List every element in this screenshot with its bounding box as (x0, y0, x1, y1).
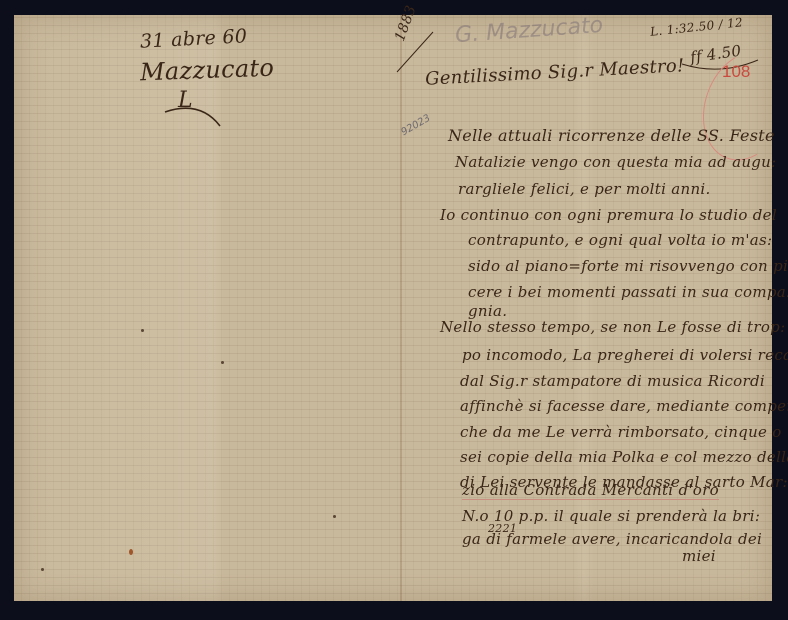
body-line: miei (682, 547, 716, 565)
left-signature: Mazzucato (140, 54, 275, 87)
body-line: che da me Le verrà rimborsato, cinque o (460, 423, 782, 441)
paper-speck (333, 515, 336, 518)
body-line: sei copie della mia Polka e col mezzo de… (460, 448, 788, 466)
body-line: cere i bei momenti passati in sua compa: (468, 283, 788, 301)
body-line: affinchè si facesse dare, mediante compe… (460, 397, 788, 415)
body-line: contrapunto, e ogni qual volta io m'as: (468, 231, 772, 249)
paper-speck (41, 568, 44, 571)
body-line: rargliele felici, e per molti anni. (458, 180, 711, 198)
body-line: sido al piano=forte mi risovvengo con pi… (468, 257, 788, 275)
red-catalog-number: 108 (722, 62, 750, 82)
paper-speck (141, 329, 144, 332)
body-line: Natalizie vengo con questa mia ad augu: (455, 153, 777, 171)
body-line: Nelle attuali ricorrenze delle SS. Feste (448, 126, 775, 145)
body-line: Nello stesso tempo, se non Le fosse di t… (440, 318, 785, 336)
body-line: zio alla Contrada Mercanti d'oro (462, 481, 719, 500)
paper-speck (221, 361, 224, 364)
body-line: po incomodo, La pregherei di volersi rec… (462, 346, 788, 364)
body-line: Io continuo con ogni premura lo studio d… (440, 206, 777, 224)
body-line: dal Sig.r stampatore di musica Ricordi (460, 372, 765, 390)
body-line: ga di farmele avere, incaricandola dei (462, 530, 762, 548)
signature-flourish-icon (160, 100, 230, 130)
paper-speck (129, 549, 133, 555)
